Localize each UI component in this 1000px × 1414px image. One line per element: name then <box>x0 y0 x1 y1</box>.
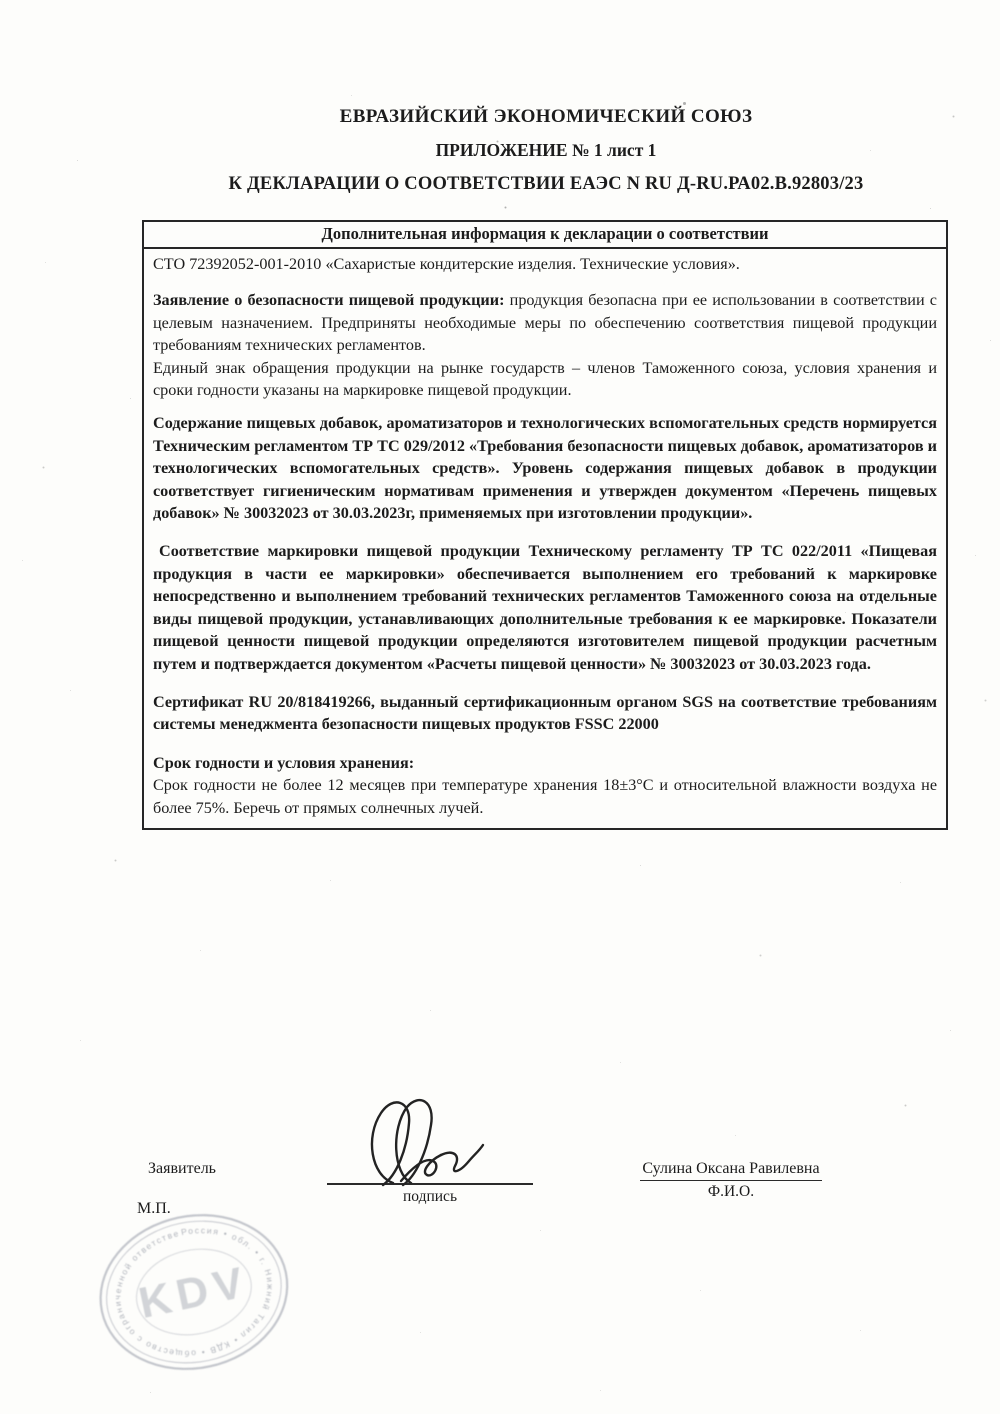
handwritten-signature-icon <box>355 1095 515 1191</box>
additional-info-table: Дополнительная информация к декларации о… <box>142 220 948 830</box>
declaration-number: К ДЕКЛАРАЦИИ О СООТВЕТСТВИИ ЕАЭС N RU Д-… <box>143 174 949 195</box>
applicant-label: Заявитель <box>148 1160 216 1178</box>
table-body: СТО 72392052-001-2010 «Сахаристые кондит… <box>144 249 946 828</box>
fio-caption: Ф.И.О. <box>616 1183 846 1201</box>
company-stamp: Россия • обл. • г. Нижний Тагил • КДВ • … <box>79 1191 309 1394</box>
annex-title: ПРИЛОЖЕНИЕ № 1 лист 1 <box>143 140 949 161</box>
certificate-paragraph: Сертификат RU 20/818419266, выданный сер… <box>153 691 937 736</box>
sto-standard-line: СТО 72392052-001-2010 «Сахаристые кондит… <box>153 253 937 275</box>
unified-sign-note: Единый знак обращения продукции на рынке… <box>153 357 937 402</box>
signature-caption: подпись <box>327 1188 533 1206</box>
applicant-name: Сулина Оксана Равилевна <box>640 1160 821 1181</box>
shelf-life-heading: Срок годности и условия хранения: <box>153 752 937 774</box>
scan-noise <box>0 0 1 1</box>
marking-paragraph: Соответствие маркировки пищевой продукци… <box>153 540 937 674</box>
additives-paragraph: Содержание пищевых добавок, ароматизатор… <box>153 412 937 524</box>
shelf-life-paragraph: Срок годности и условия хранения: Срок г… <box>153 752 937 819</box>
signature-area <box>327 1094 533 1185</box>
shelf-life-text: Срок годности не более 12 месяцев при те… <box>153 774 937 819</box>
doc-header: ЕВРАЗИЙСКИЙ ЭКОНОМИЧЕСКИЙ СОЮЗ ПРИЛОЖЕНИ… <box>143 106 949 195</box>
eaeu-title: ЕВРАЗИЙСКИЙ ЭКОНОМИЧЕСКИЙ СОЮЗ <box>143 106 949 128</box>
table-title: Дополнительная информация к декларации о… <box>144 222 946 249</box>
document-page: ЕВРАЗИЙСКИЙ ЭКОНОМИЧЕСКИЙ СОЮЗ ПРИЛОЖЕНИ… <box>0 0 1000 1414</box>
fio-block: Сулина Оксана Равилевна Ф.И.О. <box>616 1160 846 1201</box>
food-safety-paragraph: Заявление о безопасности пищевой продукц… <box>153 289 937 401</box>
stamp-place-label: М.П. <box>137 1200 171 1218</box>
food-safety-lead: Заявление о безопасности пищевой продукц… <box>153 291 504 309</box>
